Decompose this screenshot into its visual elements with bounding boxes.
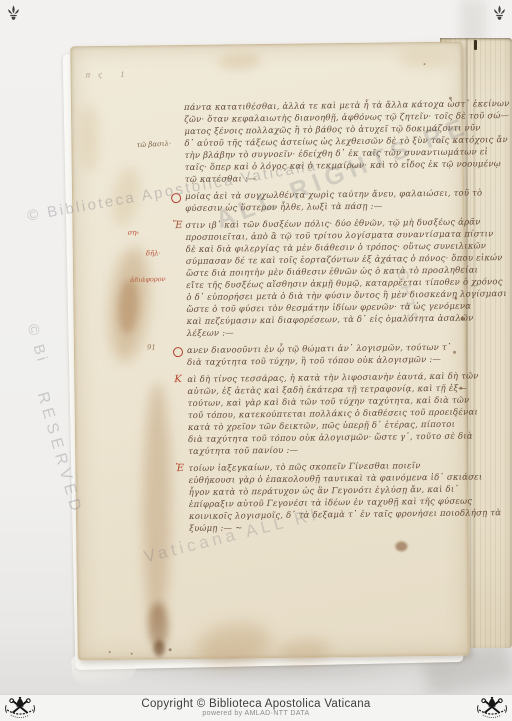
- paragraph: Καὶ δὴ τίνος τεσσάρας, ἡ κατὰ τὴν λιφοσι…: [187, 371, 512, 459]
- foxing-spot: [169, 648, 172, 651]
- foxing-spot: [459, 387, 462, 390]
- rubric-initial: [173, 347, 183, 357]
- stain: [397, 48, 453, 69]
- foxing-spot: [455, 415, 457, 417]
- paragraph: ανεν διανοοῦντι ἐν ᾧ τῷ θώματι ἀν᾽ λογισ…: [187, 342, 512, 370]
- foxing-spot: [423, 63, 425, 65]
- foxing-spot: [461, 317, 465, 321]
- fore-edge-mark: [474, 40, 477, 50]
- manuscript-photo: πϛ 1 τῶ βασιλ·ση⸗δῆλ·ἀδιάφορον91 πάντα κ…: [0, 0, 512, 694]
- margin-note: 91: [147, 343, 156, 351]
- stain: [108, 165, 143, 228]
- margin-note: τῶ βασιλ·: [136, 140, 171, 150]
- copyright-bar: Copyright © Biblioteca Apostolica Vatica…: [0, 694, 512, 721]
- foxing-spot: [449, 97, 452, 100]
- foxing-spot: [454, 141, 456, 143]
- fleur-de-lis-icon: [7, 5, 20, 20]
- folio-mark: πϛ 1: [86, 71, 133, 80]
- rubric-initial: Κ: [174, 374, 182, 385]
- foxing-spot: [109, 651, 111, 653]
- digitized-manuscript-viewer: πϛ 1 τῶ βασιλ·ση⸗δῆλ·ἀδιάφορον91 πάντα κ…: [0, 0, 512, 721]
- paragraph: μοίας ἀεὶ τὰ συγχωλθέντα χωρὶς ταύτην ἄν…: [185, 188, 512, 216]
- rubric-initial: Ἔ: [172, 220, 182, 231]
- fleur-de-lis-icon: [493, 5, 506, 20]
- rubric-initial: [171, 193, 181, 203]
- rubric-initial: Ἐ: [175, 463, 184, 474]
- foxing-spot: [131, 653, 133, 655]
- stain: [217, 52, 262, 70]
- watermark-text: © Bi: [24, 322, 52, 366]
- paragraph: Ἐτοίων ἰαξεγκαίων, τὸ πῶς σκοπεῖν Γίνεσθ…: [188, 460, 512, 536]
- manuscript-page: πϛ 1 τῶ βασιλ·ση⸗δῆλ·ἀδιάφορον91 πάντα κ…: [70, 42, 469, 661]
- paragraph: Ἔστιν ιβ᾽ καὶ τῶν δυσξέων πόλις· δύο ἐθν…: [185, 217, 512, 341]
- powered-by-text: powered by AMLAD·NTT DATA: [0, 710, 512, 717]
- copyright-text: Copyright © Biblioteca Apostolica Vatica…: [0, 698, 512, 710]
- foxing-spot: [454, 297, 457, 300]
- parchment-stains: [71, 43, 461, 48]
- margin-notes: τῶ βασιλ·ση⸗δῆλ·ἀδιάφορον91: [71, 43, 461, 48]
- stain: [395, 541, 407, 551]
- stain: [142, 382, 171, 627]
- stain: [80, 103, 99, 173]
- stain: [154, 640, 165, 656]
- foxing-spot: [453, 351, 456, 354]
- paragraph: πάντα κατατιθέσθαι, ἀλλά τε καὶ μετὰ ἦ τ…: [184, 99, 512, 187]
- vatican-keys-crest-icon: [475, 697, 509, 721]
- margin-note: δῆλ·: [146, 249, 161, 257]
- margin-note: ση⸗: [127, 229, 138, 237]
- copyright-text-block: Copyright © Biblioteca Apostolica Vatica…: [0, 695, 512, 717]
- foxing-spots: [71, 43, 461, 48]
